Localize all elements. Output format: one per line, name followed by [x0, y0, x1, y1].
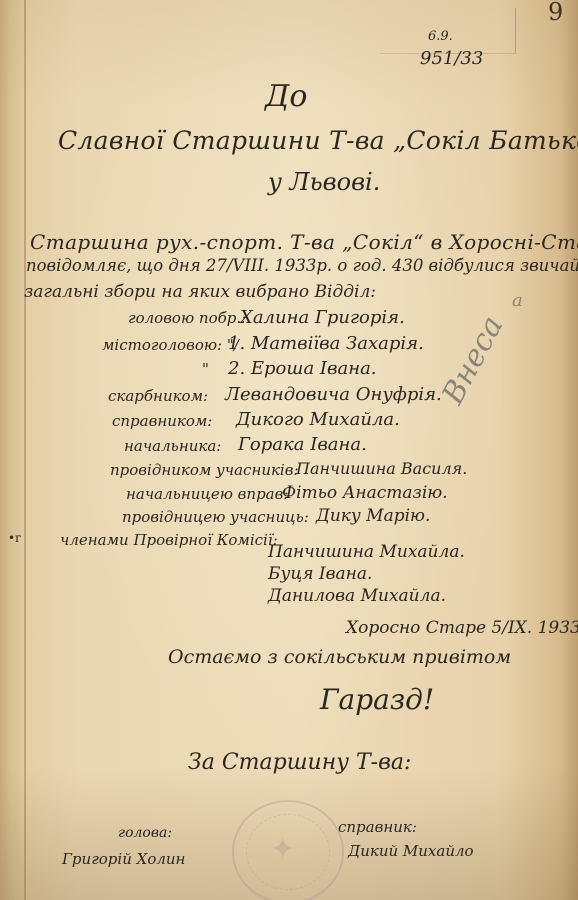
for-board-label: За Старшину Т-ва:	[188, 752, 411, 774]
addressee-line2: у Львові.	[268, 170, 380, 194]
officer-name: Халина Григорія.	[240, 309, 405, 327]
page-number: 9	[548, 0, 563, 24]
officer-name: Панчишина Василя.	[296, 461, 467, 477]
commission-member: Буця Івана.	[268, 566, 372, 583]
reference-top: 6.9.	[428, 30, 453, 43]
officer-name: 1. Матвіїва Захарія.	[228, 335, 424, 353]
body-line3: загальні збори на яких вибрано Відділ:	[24, 284, 376, 301]
officer-name: Дикого Михайла.	[236, 411, 400, 429]
closing-greeting: Остаємо з сокільським привітом	[168, 648, 511, 667]
commission-label: членами Провірної Комісії:	[60, 533, 278, 548]
officer-name: Левандовича Онуфрія.	[225, 386, 442, 404]
officer-role: справником:	[112, 414, 212, 429]
officer-name: Горака Івана.	[238, 436, 367, 454]
officer-role: начальника:	[124, 439, 221, 454]
pencil-margin-note: Внеса	[438, 312, 509, 409]
place-date: Хоросно Старе 5/IX. 1933р.	[346, 620, 578, 637]
body-line1: Старшина рух.-спорт. Т-ва „Сокіл“ в Хоро…	[30, 232, 578, 252]
officer-name: 2. Ероша Івана.	[228, 360, 377, 378]
officer-role: провідником учасників:	[110, 463, 299, 478]
body-line2: повідомляє, що дня 27/VIII. 1933р. о год…	[26, 258, 578, 275]
signature-right-name: Дикий Михайло	[348, 844, 474, 859]
falcon-emblem-icon: ✦	[270, 832, 295, 867]
officer-role: провідницею учасниць:	[122, 510, 309, 525]
pencil-letter: а	[512, 292, 523, 310]
officer-role: начальницею вправ:	[126, 487, 288, 502]
margin-mark: •г	[8, 532, 21, 544]
society-seal-stamp: ✦	[232, 800, 344, 900]
commission-member: Панчишина Михайла.	[268, 544, 465, 561]
signature-left-name: Григорій Холин	[62, 852, 185, 867]
signature-right-title: справник:	[338, 820, 417, 835]
officer-role: "	[202, 362, 209, 377]
officer-role: скарбником:	[108, 389, 208, 404]
officer-name: Дику Марію.	[316, 508, 430, 525]
paper-fold-edge	[24, 0, 26, 900]
reference-number: 951/33	[420, 50, 483, 68]
officer-role: головою побр.:	[128, 311, 246, 326]
addressee-line1: Славної Старшини Т-ва „Сокіл Батько“	[58, 128, 578, 153]
officer-role: містоголовою: "/	[102, 338, 239, 353]
officer-name: Фітьо Анастазію.	[282, 485, 448, 502]
signature-left-title: голова:	[118, 826, 172, 840]
addressee-to: До	[265, 82, 307, 112]
commission-member: Данилова Михайла.	[268, 588, 446, 605]
salute: Гаразд!	[320, 686, 434, 714]
